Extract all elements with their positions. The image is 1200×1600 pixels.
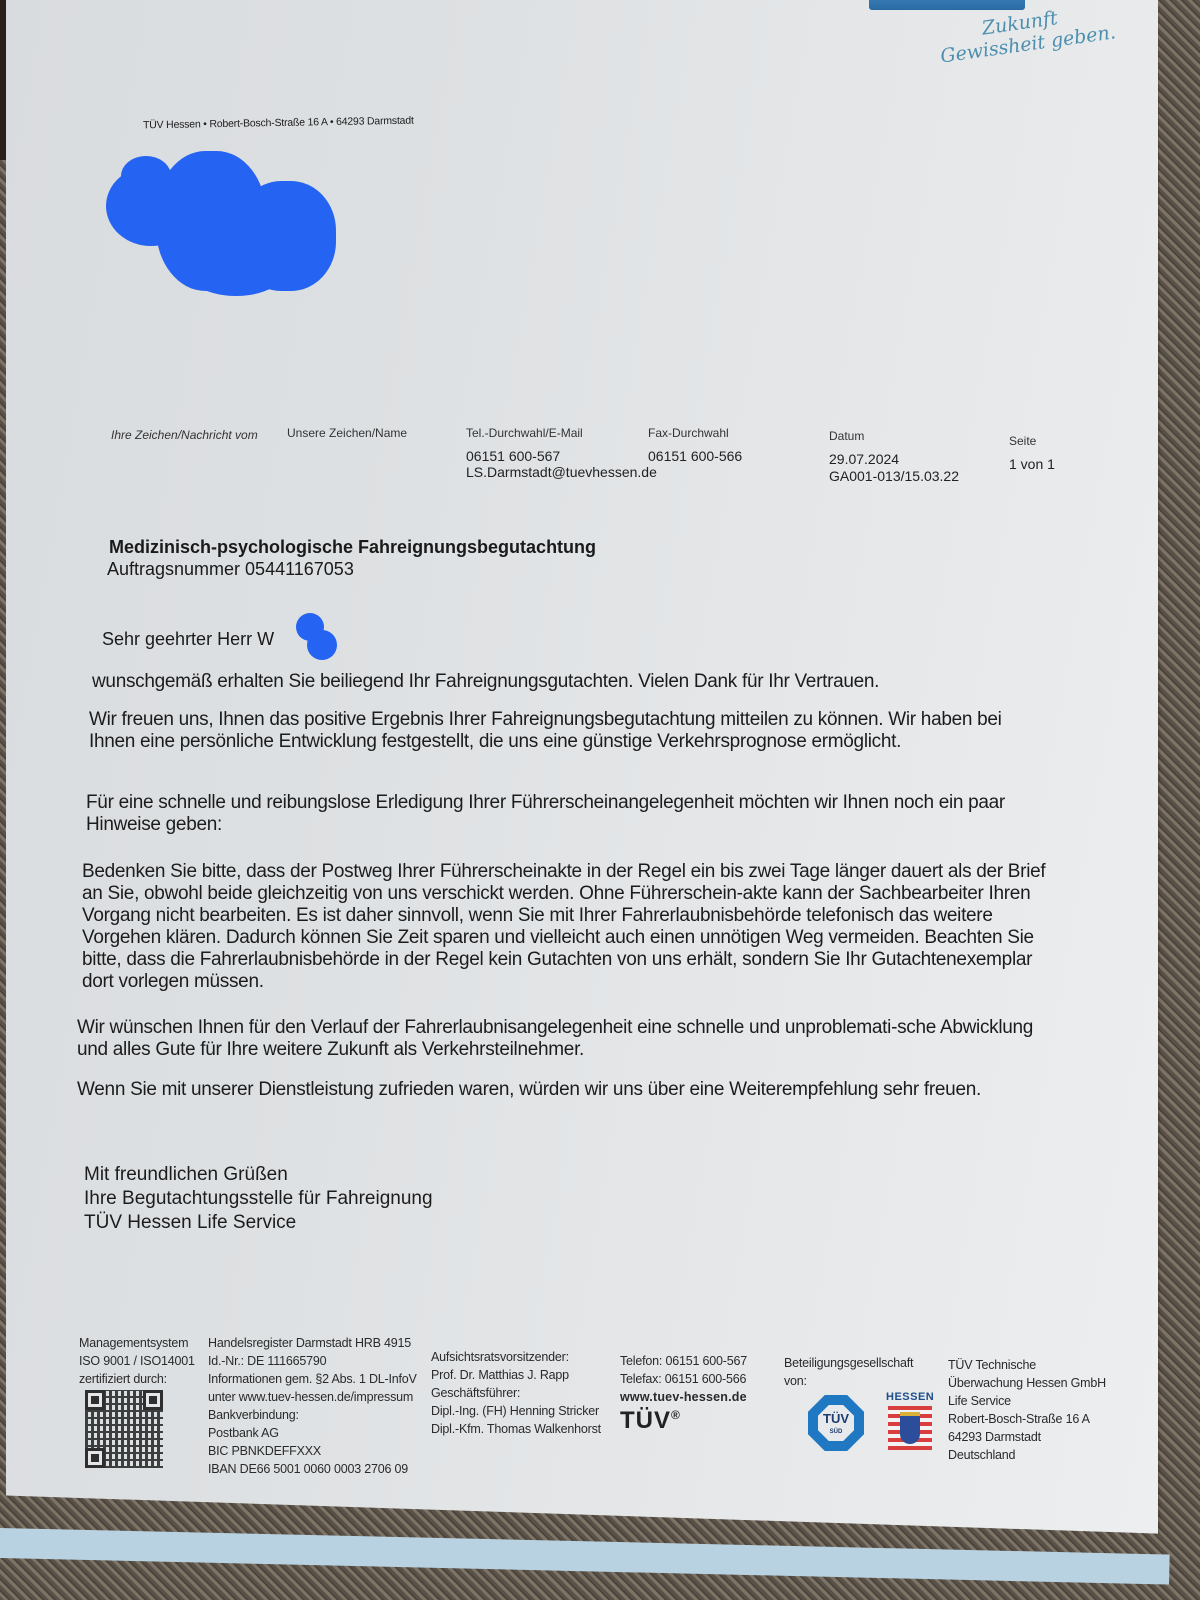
footer-contact: Telefon: 06151 600-567 Telefax: 06151 60… [620, 1352, 747, 1430]
closing-company: TÜV Hessen Life Service [84, 1211, 433, 1235]
paper-edge [0, 1528, 1170, 1585]
letter-page: Zukunft Gewissheit geben. TÜV Hessen • R… [6, 0, 1158, 1534]
register-line-4: unter www.tuev-hessen.de/impressum [208, 1388, 417, 1406]
tuev-wordmark: TÜV® [620, 1406, 747, 1430]
register-line-2: Id.-Nr.: DE 111665790 [208, 1352, 417, 1370]
management-line-2: Prof. Dr. Matthias J. Rapp [431, 1366, 601, 1384]
footer-phone: Telefon: 06151 600-567 [620, 1352, 747, 1370]
closing-block: Mit freundlichen Grüßen Ihre Begutachtun… [84, 1163, 433, 1235]
closing-greeting: Mit freundlichen Grüßen [84, 1163, 433, 1187]
footer-company-address: TÜV Technische Überwachung Hessen GmbH L… [948, 1356, 1106, 1464]
management-line-5: Dipl.-Kfm. Thomas Walkenhorst [431, 1420, 601, 1438]
cert-line-2: ISO 9001 / ISO14001 [79, 1352, 195, 1370]
ref-label-phone-email: Tel.-Durchwahl/E-Mail [466, 426, 583, 440]
register-line-7: BIC PBNKDEFFXXX [208, 1442, 417, 1460]
ref-fax: 06151 600-566 [648, 448, 742, 465]
body-paragraph-6: Wenn Sie mit unserer Dienstleistung zufr… [77, 1079, 1017, 1101]
footer-website[interactable]: www.tuev-hessen.de [620, 1388, 747, 1406]
ref-form-code: GA001-013/15.03.22 [829, 468, 959, 485]
company-line-2: Überwachung Hessen GmbH [948, 1374, 1106, 1392]
ref-phone: 06151 600-567 [466, 448, 560, 465]
ref-label-our-ref: Unsere Zeichen/Name [287, 426, 407, 440]
closing-department: Ihre Begutachtungsstelle für Fahreignung [84, 1187, 433, 1211]
hessen-label: HESSEN [886, 1391, 934, 1403]
register-line-8: IBAN DE66 5001 0060 0003 2706 09 [208, 1460, 417, 1478]
company-line-4: Robert-Bosch-Straße 16 A [948, 1410, 1106, 1428]
footer-affiliation-label: Beteiligungsgesellschaft von: [784, 1354, 913, 1390]
footer-certification: Managementsystem ISO 9001 / ISO14001 zer… [79, 1334, 195, 1388]
tuev-sued-logo-icon: TÜVSÜD [808, 1395, 864, 1451]
body-paragraph-1: wunschgemäß erhalten Sie beiliegend Ihr … [92, 671, 1072, 693]
ref-date: 29.07.2024 [829, 451, 899, 468]
cert-line-1: Managementsystem [79, 1334, 195, 1352]
management-line-1: Aufsichtsratsvorsitzender: [431, 1348, 601, 1366]
affiliation-line-2: von: [784, 1372, 913, 1390]
register-line-5: Bankverbindung: [208, 1406, 417, 1424]
ref-label-page: Seite [1009, 434, 1036, 448]
footer-management: Aufsichtsratsvorsitzender: Prof. Dr. Mat… [431, 1348, 601, 1438]
management-line-4: Dipl.-Ing. (FH) Henning Stricker [431, 1402, 601, 1420]
order-number: Auftragsnummer 05441167053 [107, 559, 354, 580]
company-line-3: Life Service [948, 1392, 1106, 1410]
company-line-5: 64293 Darmstadt [948, 1428, 1106, 1446]
ref-page: 1 von 1 [1009, 456, 1055, 473]
cert-line-3: zertifiziert durch: [79, 1370, 195, 1388]
affiliation-line-1: Beteiligungsgesellschaft [784, 1354, 913, 1372]
register-line-1: Handelsregister Darmstadt HRB 4915 [208, 1334, 417, 1352]
ref-label-your-ref: Ihre Zeichen/Nachricht vom [111, 428, 258, 442]
company-line-1: TÜV Technische [948, 1356, 1106, 1374]
salutation: Sehr geehrter Herr W [102, 629, 274, 650]
tuev-logo-tab [869, 0, 1025, 10]
body-paragraph-3: Für eine schnelle und reibungslose Erled… [86, 792, 1021, 836]
hessen-coat-of-arms-icon [888, 1406, 932, 1450]
management-line-3: Geschäftsführer: [431, 1384, 601, 1402]
register-line-3: Informationen gem. §2 Abs. 1 DL-InfoV [208, 1370, 417, 1388]
ref-label-fax: Fax-Durchwahl [648, 426, 729, 440]
qr-code [85, 1390, 163, 1468]
body-paragraph-5: Wir wünschen Ihnen für den Verlauf der F… [77, 1017, 1042, 1061]
subject-title: Medizinisch-psychologische Fahreignungsb… [109, 537, 596, 558]
sender-line: TÜV Hessen • Robert-Bosch-Straße 16 A • … [143, 115, 414, 132]
ref-label-date: Datum [829, 429, 864, 443]
body-paragraph-2: Wir freuen uns, Ihnen das positive Ergeb… [89, 709, 1024, 753]
register-line-6: Postbank AG [208, 1424, 417, 1442]
body-paragraph-4: Bedenken Sie bitte, dass der Postweg Ihr… [82, 861, 1047, 993]
footer-register: Handelsregister Darmstadt HRB 4915 Id.-N… [208, 1334, 417, 1478]
company-line-6: Deutschland [948, 1446, 1106, 1464]
footer-fax: Telefax: 06151 600-566 [620, 1370, 747, 1388]
slogan: Zukunft Gewissheit geben. [936, 0, 1117, 68]
ref-email: LS.Darmstadt@tuevhessen.de [466, 464, 657, 481]
